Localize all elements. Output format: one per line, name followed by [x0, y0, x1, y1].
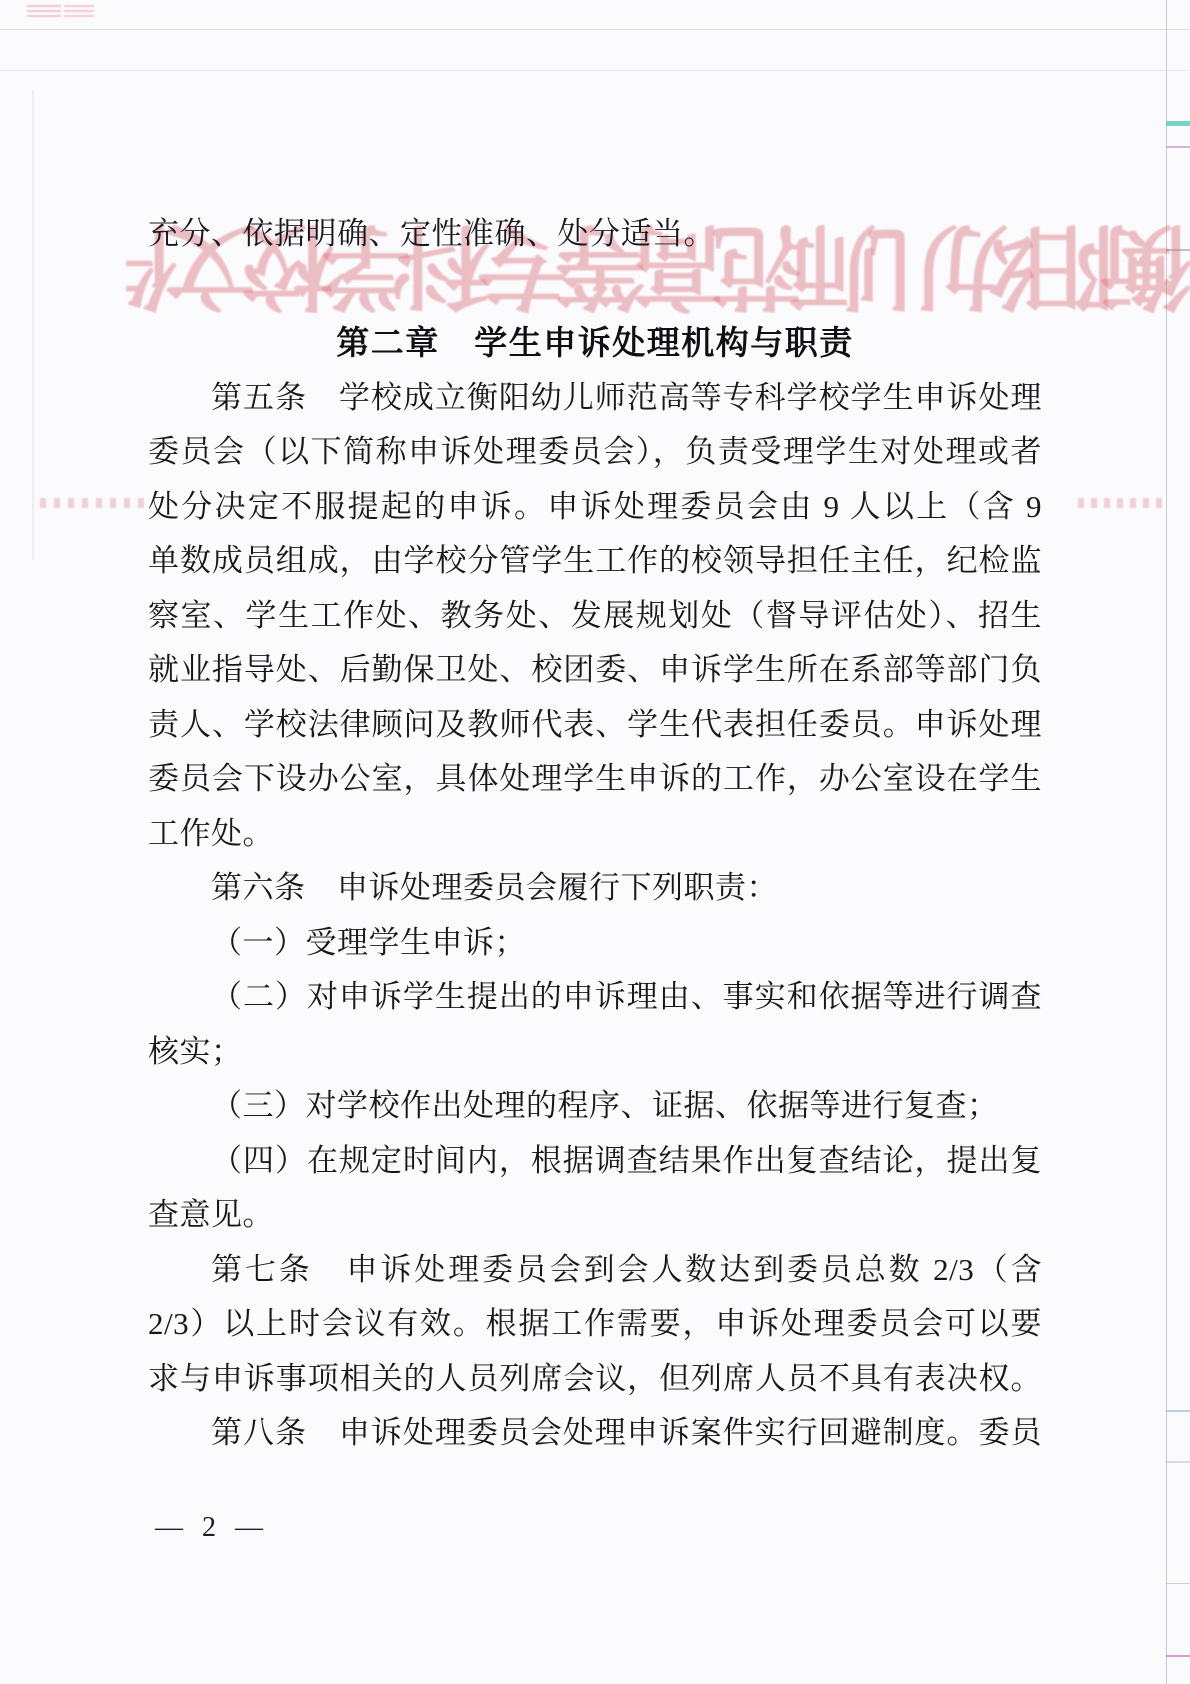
red-bleed-fragment-right	[1078, 498, 1166, 508]
scan-fold-line	[0, 29, 1190, 30]
scan-edge-mark-teal	[1166, 121, 1190, 126]
chapter-heading: 第二章 学生申诉处理机构与职责	[148, 316, 1042, 371]
scanned-document-page: 衡阳幼儿师范高等专科学校文件 充分、依据明确、定性准确、处分适当。 第二章 学生…	[0, 0, 1190, 1684]
body-line: 处分决定不服提起的申诉。申诉处理委员会由 9 人以上（含 9 人）	[148, 480, 1042, 535]
scan-edge-mark-faint	[1166, 1461, 1190, 1463]
body-line: 第六条 申诉处理委员会履行下列职责：	[148, 861, 1042, 916]
body-line: 求与申诉事项相关的人员列席会议，但列席人员不具有表决权。	[148, 1352, 1042, 1407]
scan-edge-mark-gray	[1166, 249, 1190, 251]
scan-fold-line	[0, 70, 1190, 71]
body-line: （一）受理学生申诉；	[148, 916, 1042, 971]
body-line: （二）对申诉学生提出的申诉理由、事实和依据等进行调查	[148, 970, 1042, 1025]
scan-edge-mark-blue	[1166, 1410, 1190, 1412]
page-number: — 2 —	[155, 1512, 269, 1544]
body-line: 工作处。	[148, 807, 1042, 862]
scan-edge-line	[1166, 0, 1167, 1684]
scan-edge-mark-purple	[1166, 146, 1190, 148]
body-line: （四）在规定时间内，根据调查结果作出复查结论，提出复	[148, 1134, 1042, 1189]
document-body: 充分、依据明确、定性准确、处分适当。 第二章 学生申诉处理机构与职责 第五条 学…	[148, 207, 1042, 1461]
red-bleed-fragment-left	[40, 498, 152, 508]
body-line: 责人、学校法律顾问及教师代表、学生代表担任委员。申诉处理	[148, 698, 1042, 753]
body-line: 就业指导处、后勤保卫处、校团委、申诉学生所在系部等部门负	[148, 643, 1042, 698]
body-line: 单数成员组成，由学校分管学生工作的校领导担任主任，纪检监	[148, 534, 1042, 589]
carryover-paragraph-line: 充分、依据明确、定性准确、处分适当。	[148, 207, 1042, 262]
scan-edge-mark-magenta	[1166, 1655, 1190, 1657]
red-bleed-fragment-top-left	[64, 4, 94, 17]
body-line: 委员会（以下简称申诉处理委员会），负责受理学生对处理或者	[148, 425, 1042, 480]
body-line: 核实；	[148, 1025, 1042, 1080]
red-bleed-fragment-top-left	[27, 2, 61, 17]
scan-streak	[32, 90, 34, 560]
scan-edge-mark-gray	[1166, 1583, 1190, 1584]
blank-line	[148, 262, 1042, 317]
body-line: 第五条 学校成立衡阳幼儿师范高等专科学校学生申诉处理	[148, 371, 1042, 426]
body-line: （三）对学校作出处理的程序、证据、依据等进行复查；	[148, 1079, 1042, 1134]
body-line: 委员会下设办公室，具体处理学生申诉的工作，办公室设在学生	[148, 752, 1042, 807]
body-line: 查意见。	[148, 1188, 1042, 1243]
body-line: 察室、学生工作处、教务处、发展规划处（督导评估处）、招生	[148, 589, 1042, 644]
body-line: 第七条 申诉处理委员会到会人数达到委员总数 2/3（含	[148, 1243, 1042, 1298]
body-line: 第八条 申诉处理委员会处理申诉案件实行回避制度。委员	[148, 1406, 1042, 1461]
body-line: 2/3）以上时会议有效。根据工作需要，申诉处理委员会可以要	[148, 1297, 1042, 1352]
